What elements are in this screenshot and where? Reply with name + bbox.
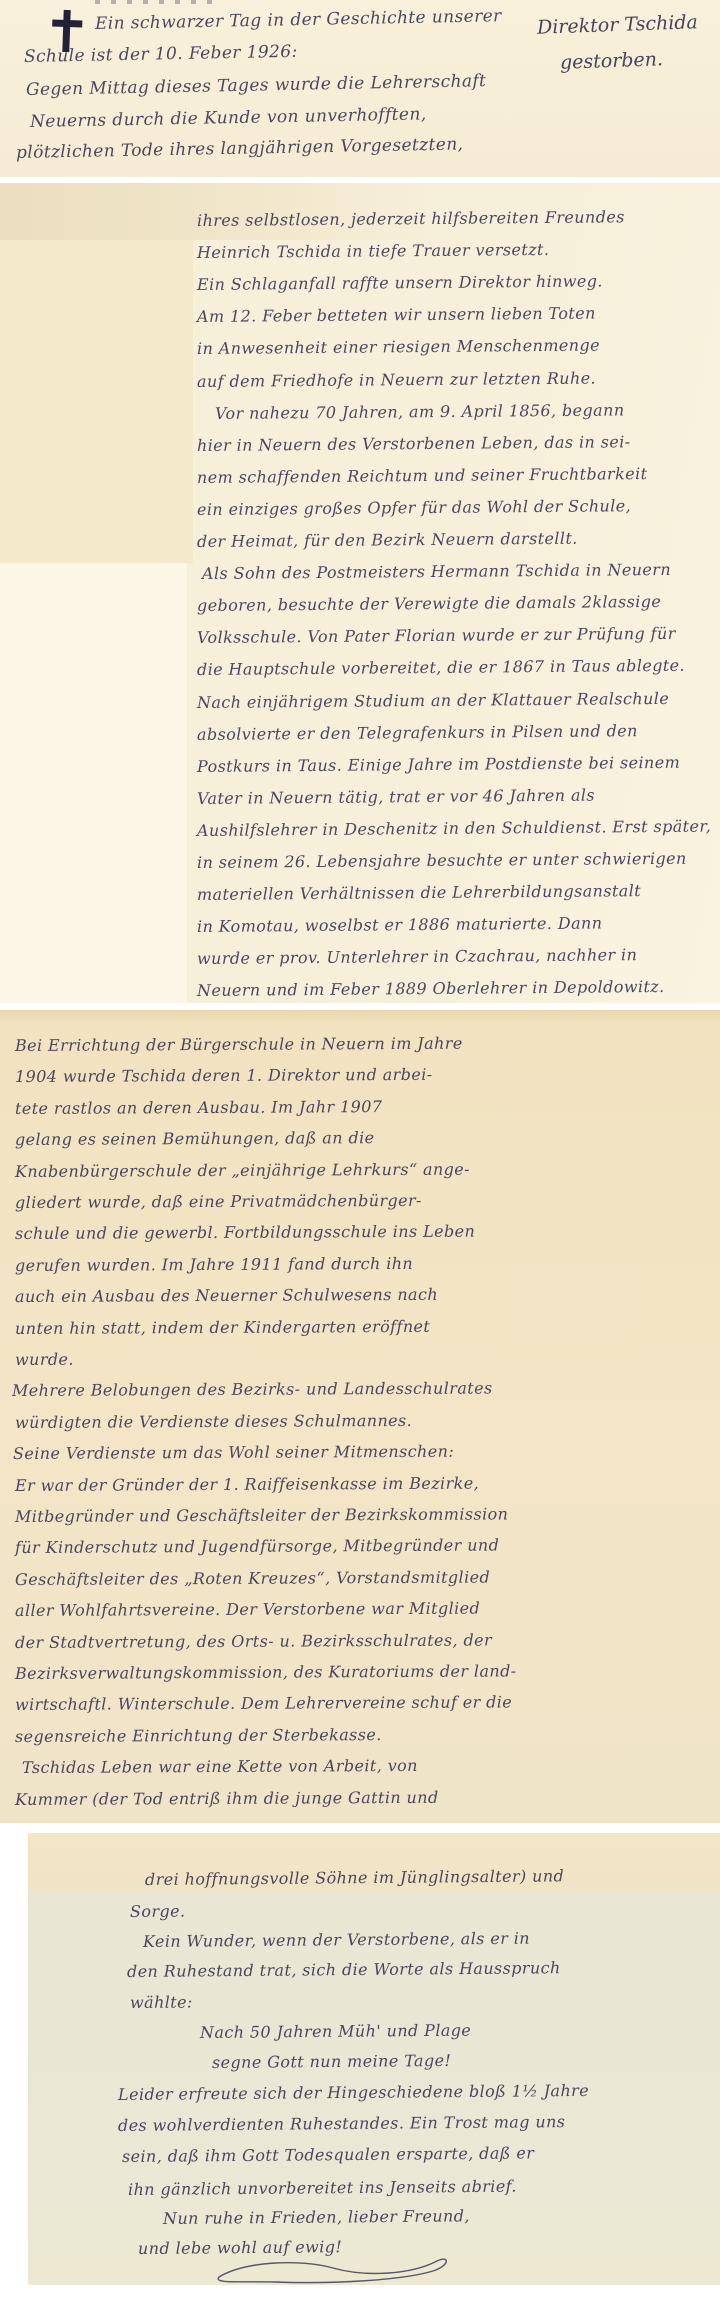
handwritten-line: wählte: <box>130 1992 193 2012</box>
handwritten-line: materiellen Verhältnissen die Lehrerbild… <box>197 881 641 904</box>
margin-note-line-2: gestorben. <box>560 48 664 74</box>
handwritten-line: Knabenbürgerschule der „einjährige Lehrk… <box>15 1159 470 1180</box>
handwritten-line: Nun ruhe in Frieden, lieber Freund, <box>163 2206 470 2228</box>
handwritten-line: ihn gänzlich unvorbereitet ins Jenseits … <box>128 2177 517 2199</box>
handwritten-line: Am 12. Feber betteten wir unsern lieben … <box>197 304 596 326</box>
paper-strip-4: drei hoffnungsvolle Söhne im Jünglingsal… <box>0 1833 720 2292</box>
handwritten-line: drei hoffnungsvolle Söhne im Jünglingsal… <box>145 1866 564 1889</box>
handwritten-line: tete rastlos an deren Ausbau. Im Jahr 19… <box>15 1097 382 1118</box>
handwritten-line: segne Gott nun meine Tage! <box>212 2051 451 2072</box>
scanned-document-page: Direktor Tschida gestorben. Ein schwarze… <box>0 0 720 2299</box>
handwritten-line: unten hin statt, indem der Kindergarten … <box>15 1316 430 1337</box>
handwritten-line: Nach einjährigem Studium an der Klattaue… <box>197 688 669 711</box>
paper-shading <box>0 240 193 563</box>
paper-strip-3: Bei Errichtung der Bürgerschule in Neuer… <box>0 1010 720 1823</box>
handwritten-line: wurde. <box>15 1350 74 1369</box>
handwritten-line: würdigten die Verdienste dieses Schulman… <box>15 1411 412 1432</box>
handwritten-line: aller Wohlfahrtsvereine. Der Verstorbene… <box>15 1599 480 1620</box>
handwritten-line: Er war der Gründer der 1. Raiffeisenkass… <box>15 1473 479 1494</box>
handwritten-line: Geschäftsleiter des „Roten Kreuzes“, Vor… <box>15 1567 490 1588</box>
handwritten-line: sein, daß ihm Gott Todesqualen ersparte,… <box>122 2143 534 2166</box>
handwritten-line: Volksschule. Von Pater Florian wurde er … <box>197 624 676 647</box>
handwritten-line: nem schaffenden Reichtum und seiner Fruc… <box>197 464 648 487</box>
handwritten-line: gelang es seinen Bemühungen, daß an die <box>15 1128 375 1149</box>
handwritten-line: Schule ist der 10. Feber 1926: <box>24 42 298 67</box>
handwritten-line: Bezirksverwaltungskommission, des Kurato… <box>15 1661 517 1683</box>
handwritten-line: den Ruhestand trat, sich die Worte als H… <box>127 1958 561 1981</box>
handwritten-line: Tschidas Leben war eine Kette von Arbeit… <box>22 1756 418 1777</box>
handwritten-line: Gegen Mittag dieses Tages wurde die Lehr… <box>26 71 487 100</box>
handwritten-line: ihres selbstlosen, jederzeit hilfsbereit… <box>197 207 625 230</box>
handwritten-line: Mehrere Belobungen des Bezirks- und Land… <box>12 1379 493 1401</box>
margin-note-line-1: Direktor Tschida <box>537 11 699 39</box>
handwritten-line: plötzlichen Tode ihres langjährigen Vorg… <box>16 134 464 163</box>
handwritten-line: Kummer (der Tod entriß ihm die junge Gat… <box>15 1787 439 1808</box>
handwritten-line: 1904 wurde Tschida deren 1. Direktor und… <box>15 1065 433 1086</box>
handwritten-line: Ein schwarzer Tag in der Geschichte unse… <box>95 6 502 34</box>
handwritten-line: Seine Verdienste um das Wohl seiner Mitm… <box>13 1442 454 1463</box>
handwritten-line: Mitbegründer und Geschäftsleiter der Bez… <box>15 1504 508 1526</box>
handwritten-line: wurde er prov. Unterlehrer in Czachrau, … <box>197 945 637 968</box>
handwritten-line: schule und die gewerbl. Fortbildungsschu… <box>15 1222 475 1243</box>
paper-strip-1: Direktor Tschida gestorben. Ein schwarze… <box>0 0 720 177</box>
handwritten-line: gliedert wurde, daß eine Privatmädchenbü… <box>15 1191 422 1212</box>
handwritten-line: absolvierte er den Telegrafenkurs in Pil… <box>197 721 638 744</box>
handwritten-line: hier in Neuern des Verstorbenen Leben, d… <box>197 432 631 455</box>
handwritten-line: des wohlverdienten Ruhestandes. Ein Tros… <box>118 2112 566 2135</box>
handwritten-line: der Stadtvertretung, des Orts- u. Bezirk… <box>15 1630 492 1651</box>
handwritten-line: der Heimat, für den Bezirk Neuern darste… <box>197 529 578 551</box>
handwritten-line: auch ein Ausbau des Neuerner Schulwesens… <box>15 1285 438 1306</box>
handwritten-line: und lebe wohl auf ewig! <box>138 2237 342 2258</box>
handwritten-line: in Komotau, woselbst er 1886 maturierte.… <box>197 914 603 937</box>
handwritten-line: Heinrich Tschida in tiefe Trauer versetz… <box>197 240 549 262</box>
handwritten-line: auf dem Friedhofe in Neuern zur letzten … <box>197 368 596 390</box>
handwritten-line: für Kinderschutz und Jugendfürsorge, Mit… <box>15 1536 499 1558</box>
handwritten-line: Vor nahezu 70 Jahren, am 9. April 1856, … <box>215 400 625 423</box>
handwritten-line: in seinem 26. Lebensjahre besuchte er un… <box>197 849 687 872</box>
cropped-text-remnant <box>95 0 215 4</box>
handwritten-line: die Hauptschule vorbereitet, die er 1867… <box>197 656 685 679</box>
handwritten-line: Als Sohn des Postmeisters Hermann Tschid… <box>202 560 671 583</box>
handwritten-line: Bei Errichtung der Bürgerschule in Neuer… <box>15 1034 463 1055</box>
handwritten-line: Postkurs in Taus. Einige Jahre im Postdi… <box>197 752 680 775</box>
handwritten-line: Neuerns durch die Kunde von unverhofften… <box>30 104 427 132</box>
paper-shading <box>0 563 187 1003</box>
handwritten-line: ein einziges großes Opfer für das Wohl d… <box>197 496 631 519</box>
handwritten-line: Nach 50 Jahren Müh' und Plage <box>200 2021 471 2042</box>
paper-strip-2: ihres selbstlosen, jederzeit hilfsbereit… <box>0 183 720 1003</box>
handwritten-line: Kein Wunder, wenn der Verstorbene, als e… <box>143 1929 530 1951</box>
handwritten-line: Aushilfslehrer in Deschenitz in den Schu… <box>197 816 711 839</box>
handwritten-line: gerufen wurden. Im Jahre 1911 fand durch… <box>15 1254 413 1275</box>
handwritten-line: Sorge. <box>130 1902 186 1921</box>
handwritten-line: Ein Schlaganfall raffte unsern Direktor … <box>197 272 603 295</box>
handwritten-line: in Anwesenheit einer riesigen Menschenme… <box>197 336 600 359</box>
handwritten-line: Vater in Neuern tätig, trat er vor 46 Ja… <box>197 785 595 807</box>
handwritten-line: geboren, besuchte der Verewigte die dama… <box>197 592 661 615</box>
handwritten-line: segensreiche Einrichtung der Sterbekasse… <box>15 1725 382 1746</box>
handwritten-line: wirtschaftl. Winterschule. Dem Lehrerver… <box>15 1693 512 1715</box>
handwritten-line: Neuern und im Feber 1889 Oberlehrer in D… <box>197 977 665 1000</box>
